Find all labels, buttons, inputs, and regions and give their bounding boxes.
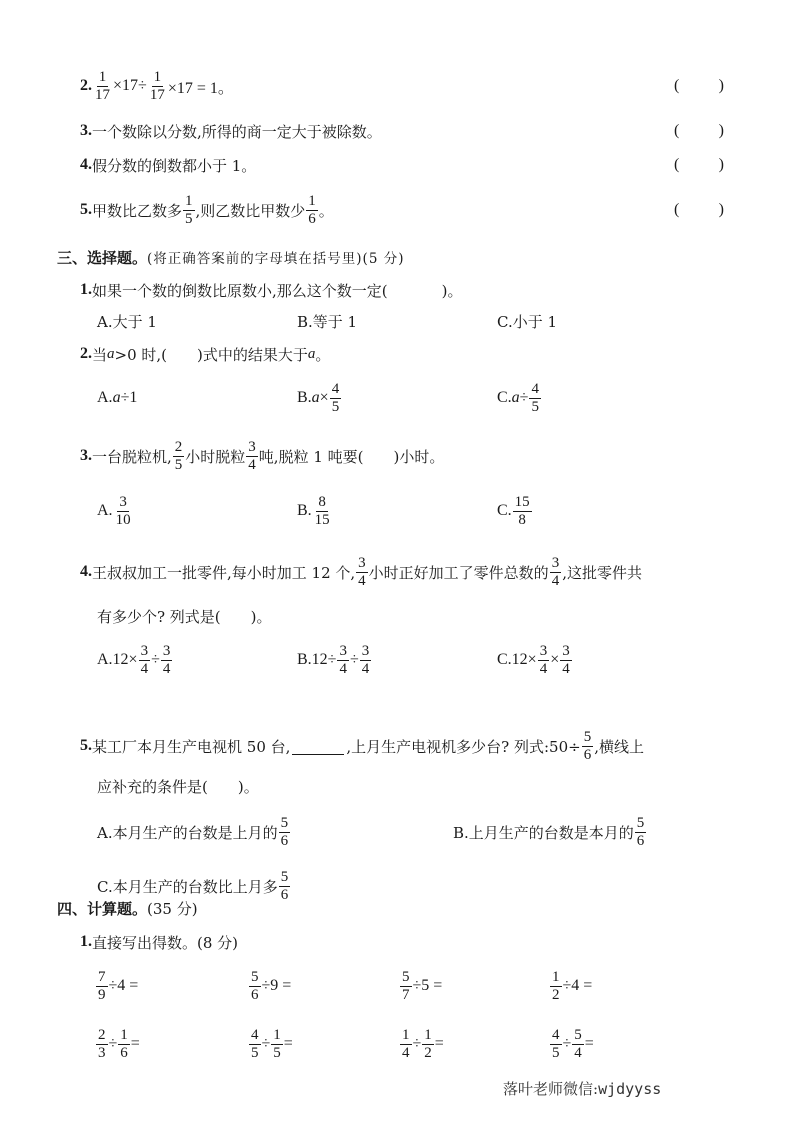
denominator: 6 (582, 747, 594, 764)
calc-problem: 57÷5 = (399, 966, 442, 1006)
fraction: 12 (422, 1027, 434, 1062)
numerator: 5 (572, 1027, 584, 1045)
section-title: 三、选择题。 (57, 247, 147, 268)
item-text: 假分数的倒数都小于 1。 (92, 155, 256, 176)
paren-close: ) (719, 77, 724, 95)
denominator: 17 (93, 87, 112, 104)
fraction: 56 (249, 969, 261, 1004)
item-text: 甲数比乙数多 (92, 200, 182, 221)
calc-problem: 23÷16= (95, 1024, 140, 1064)
fraction: 16 (306, 193, 318, 228)
paren-open: ( (674, 77, 679, 95)
judgment-item-4: 4. 假分数的倒数都小于 1。 (80, 145, 256, 185)
option-c: C.小于 1 (497, 301, 557, 341)
item-text: 王叔叔加工一批零件,每小时加工 12 个, (92, 562, 355, 583)
calc-problem: 14÷12= (399, 1024, 444, 1064)
item-number: 1. (80, 281, 92, 299)
numerator: 1 (183, 193, 195, 211)
numerator: 3 (550, 555, 562, 573)
item-text: >0 时,( (115, 344, 168, 365)
option-c: C.12× 34 × 34 (497, 640, 573, 680)
denominator: 6 (118, 1045, 130, 1062)
denominator: 9 (96, 987, 108, 1004)
fraction: 34 (560, 643, 572, 678)
option-label: B. (297, 389, 312, 407)
numerator: 3 (337, 643, 349, 661)
denominator: 5 (529, 399, 541, 416)
item-number: 3. (80, 447, 92, 465)
item-text: 小时正好加工了零件总数的 (369, 562, 549, 583)
fraction: 54 (572, 1027, 584, 1062)
numerator: 2 (96, 1027, 108, 1045)
paren-open: ( (674, 156, 679, 174)
variable: a (512, 389, 520, 407)
denominator: 5 (249, 1045, 261, 1062)
option-label: A.12× (97, 651, 138, 669)
option-c: C.a÷ 45 (497, 378, 542, 418)
numerator: 3 (560, 643, 572, 661)
fraction: 158 (513, 494, 532, 529)
denominator: 6 (635, 833, 647, 850)
denominator: 4 (337, 661, 349, 678)
fraction: 56 (582, 729, 594, 764)
option-label: C. (497, 502, 512, 520)
numerator: 7 (96, 969, 108, 987)
fraction: 45 (249, 1027, 261, 1062)
item-number: 5. (80, 737, 92, 755)
numerator: 8 (316, 494, 328, 512)
numerator: 5 (279, 869, 291, 887)
option-label: A. (97, 389, 113, 407)
item-text: 当 (92, 344, 107, 365)
numerator: 2 (173, 439, 185, 457)
denominator: 10 (114, 512, 133, 529)
item-text: 一台脱粒机, (92, 446, 172, 467)
footer-id: wjdyyss (598, 1080, 661, 1098)
denominator: 6 (279, 833, 291, 850)
operator: = (284, 1035, 293, 1053)
choice-q4-line2: 有多少个? 列式是()。 (97, 596, 272, 636)
numerator: 3 (538, 643, 550, 661)
operator: ÷ (350, 651, 359, 669)
option-label: C.12× (497, 651, 537, 669)
option-b: B.上月生产的台数是本月的 56 (453, 812, 647, 852)
operator: ÷ (262, 1035, 271, 1053)
denominator: 5 (271, 1045, 283, 1062)
expression: ÷5 = (413, 977, 443, 995)
option-text: B.等于 1 (297, 311, 357, 332)
item-text: )。 (442, 280, 463, 301)
numerator: 5 (249, 969, 261, 987)
variable: a (308, 346, 316, 363)
paren-close: ) (719, 122, 724, 140)
option-a: A.a÷1 (97, 378, 137, 418)
fraction: 79 (96, 969, 108, 1004)
numerator: 1 (97, 69, 109, 87)
section-title: 四、计算题。 (57, 898, 147, 919)
answer-paren[interactable]: () (674, 190, 724, 230)
numerator: 1 (550, 969, 562, 987)
denominator: 4 (356, 573, 368, 590)
numerator: 4 (550, 1027, 562, 1045)
fraction: 56 (279, 815, 291, 850)
variable: a (312, 389, 320, 407)
expression: ÷4 = (563, 977, 593, 995)
option-a: A.本月生产的台数是上月的 56 (97, 812, 291, 852)
denominator: 4 (400, 1045, 412, 1062)
option-text: A.大于 1 (97, 311, 157, 332)
operator: × (550, 651, 559, 669)
denominator: 8 (516, 512, 528, 529)
fraction: 57 (400, 969, 412, 1004)
fraction: 15 (271, 1027, 283, 1062)
denominator: 5 (183, 211, 195, 228)
fraction: 34 (360, 643, 372, 678)
item-text: 。 (319, 200, 334, 221)
numerator: 4 (330, 381, 342, 399)
answer-paren[interactable]: () (674, 66, 724, 106)
numerator: 3 (360, 643, 372, 661)
denominator: 7 (400, 987, 412, 1004)
option-a: A.12× 34 ÷ 34 (97, 640, 173, 680)
denominator: 2 (550, 987, 562, 1004)
option-c: C. 158 (497, 491, 533, 531)
fraction: 117 (93, 69, 112, 104)
fraction: 34 (246, 439, 258, 474)
numerator: 3 (139, 643, 151, 661)
item-number: 1. (80, 933, 92, 951)
fraction: 25 (173, 439, 185, 474)
denominator: 2 (422, 1045, 434, 1062)
item-number: 2. (80, 77, 92, 95)
calc-problem: 45÷15= (248, 1024, 293, 1064)
item-number: 3. (80, 122, 92, 140)
calc-problem: 45÷54= (549, 1024, 594, 1064)
fraction: 310 (114, 494, 133, 529)
numerator: 5 (279, 815, 291, 833)
fraction: 15 (183, 193, 195, 228)
option-text: B.上月生产的台数是本月的 (453, 822, 634, 843)
numerator: 3 (356, 555, 368, 573)
denominator: 6 (279, 887, 291, 904)
fraction: 815 (313, 494, 332, 529)
item-text: ,这批零件共 (562, 562, 642, 583)
fraction: 56 (635, 815, 647, 850)
denominator: 6 (306, 211, 318, 228)
item-text: )。 (251, 606, 272, 627)
item-text: )式中的结果大于 (197, 344, 308, 365)
option-a: A. 310 (97, 491, 134, 531)
numerator: 3 (161, 643, 173, 661)
fraction: 34 (550, 555, 562, 590)
numerator: 1 (400, 1027, 412, 1045)
denominator: 15 (313, 512, 332, 529)
denominator: 4 (550, 573, 562, 590)
denominator: 4 (161, 661, 173, 678)
fraction: 16 (118, 1027, 130, 1062)
choice-q3: 3. 一台脱粒机, 25 小时脱粒 34 吨,脱粒 1 吨要()小时。 (80, 436, 444, 476)
operator: = (435, 1035, 444, 1053)
calc-sub1: 1. 直接写出得数。(8 分) (80, 922, 238, 962)
option-label: C. (497, 389, 512, 407)
numerator: 1 (118, 1027, 130, 1045)
denominator: 5 (550, 1045, 562, 1062)
expression: ÷4 = (109, 977, 139, 995)
denominator: 3 (96, 1045, 108, 1062)
item-text: 直接写出得数。(8 分) (92, 932, 238, 953)
fraction: 23 (96, 1027, 108, 1062)
fill-in-blank-line[interactable] (292, 738, 344, 755)
footer-watermark: 落叶老师微信:wjdyyss (503, 1078, 661, 1099)
denominator: 4 (560, 661, 572, 678)
item-text: 小时脱粒 (185, 446, 245, 467)
option-label: B. (297, 502, 312, 520)
item-number: 2. (80, 345, 92, 363)
item-number: 5. (80, 201, 92, 219)
denominator: 4 (139, 661, 151, 678)
item-text: 吨,脱粒 1 吨要( (259, 446, 364, 467)
paren-open: ( (674, 122, 679, 140)
operator: × (320, 389, 329, 407)
item-text: 如果一个数的倒数比原数小,那么这个数一定( (92, 280, 388, 301)
numerator: 5 (582, 729, 594, 747)
judgment-item-2: 2. 117 ×17÷ 117 ×17 = 1。 (80, 66, 234, 106)
option-label: A. (97, 502, 113, 520)
item-text: ,横线上 (594, 736, 644, 757)
calc-problem: 12÷4 = (549, 966, 592, 1006)
option-b: B.12÷ 34 ÷ 34 (297, 640, 372, 680)
choice-q2: 2. 当 a >0 时,()式中的结果大于 a。 (80, 334, 330, 374)
item-text: 一个数除以分数,所得的商一定大于被除数。 (92, 121, 382, 142)
numerator: 1 (306, 193, 318, 211)
numerator: 1 (152, 69, 164, 87)
operator: ÷ (563, 1035, 572, 1053)
numerator: 3 (117, 494, 129, 512)
paren-close: ) (719, 201, 724, 219)
denominator: 4 (538, 661, 550, 678)
calc-problem: 56÷9 = (248, 966, 291, 1006)
item-text: 某工厂本月生产电视机 50 台, (92, 736, 290, 757)
fraction: 34 (161, 643, 173, 678)
item-text: 应补充的条件是( (97, 776, 208, 797)
judgment-item-5: 5. 甲数比乙数多 15 ,则乙数比甲数少 16 。 (80, 190, 334, 230)
operator: = (131, 1035, 140, 1053)
choice-q5-line2: 应补充的条件是()。 (97, 766, 259, 806)
item-text: )小时。 (394, 446, 445, 467)
fraction: 34 (538, 643, 550, 678)
fraction: 45 (529, 381, 541, 416)
fraction: 34 (337, 643, 349, 678)
fraction: 34 (139, 643, 151, 678)
calc-problem: 79÷4 = (95, 966, 138, 1006)
numerator: 4 (529, 381, 541, 399)
item-number: 4. (80, 563, 92, 581)
choice-q4: 4. 王叔叔加工一批零件,每小时加工 12 个, 34 小时正好加工了零件总数的… (80, 552, 642, 592)
numerator: 5 (400, 969, 412, 987)
denominator: 5 (173, 457, 185, 474)
numerator: 3 (246, 439, 258, 457)
option-text: C.小于 1 (497, 311, 557, 332)
numerator: 1 (422, 1027, 434, 1045)
numerator: 1 (271, 1027, 283, 1045)
answer-paren[interactable]: () (674, 145, 724, 185)
operator: ÷ (413, 1035, 422, 1053)
fraction: 34 (356, 555, 368, 590)
fraction: 45 (330, 381, 342, 416)
section-note: (将正确答案前的字母填在括号里)(5 分) (147, 247, 404, 267)
variable: a (107, 346, 115, 363)
denominator: 4 (246, 457, 258, 474)
expression: ×17÷ (113, 77, 147, 95)
paren-close: ) (719, 156, 724, 174)
expression: ÷1 (121, 389, 138, 407)
operator: ÷ (520, 389, 529, 407)
fraction: 12 (550, 969, 562, 1004)
denominator: 5 (330, 399, 342, 416)
item-text: ,则乙数比甲数少 (196, 200, 306, 221)
option-text: A.本月生产的台数是上月的 (97, 822, 278, 843)
operator: = (585, 1035, 594, 1053)
option-b: B. 815 (297, 491, 333, 531)
numerator: 4 (249, 1027, 261, 1045)
fraction: 117 (148, 69, 167, 104)
option-label: B.12÷ (297, 651, 336, 669)
item-text: )。 (238, 776, 259, 797)
fraction: 14 (400, 1027, 412, 1062)
footer-label: 落叶老师微信: (503, 1080, 598, 1098)
expression: ÷9 = (262, 977, 292, 995)
item-text: 有多少个? 列式是( (97, 606, 221, 627)
operator: ÷ (109, 1035, 118, 1053)
numerator: 5 (635, 815, 647, 833)
fraction: 45 (550, 1027, 562, 1062)
paren-open: ( (674, 201, 679, 219)
denominator: 6 (249, 987, 261, 1004)
item-text: 。 (315, 344, 330, 365)
item-number: 4. (80, 156, 92, 174)
denominator: 4 (572, 1045, 584, 1062)
fraction: 56 (279, 869, 291, 904)
choice-q5: 5. 某工厂本月生产电视机 50 台, ,上月生产电视机多少台? 列式:50÷ … (80, 726, 644, 766)
expression: ×17 = 1。 (168, 75, 234, 98)
numerator: 15 (513, 494, 532, 512)
denominator: 17 (148, 87, 167, 104)
section-score: (35 分) (147, 898, 198, 919)
option-b: B.a× 45 (297, 378, 342, 418)
denominator: 4 (360, 661, 372, 678)
item-text: ,上月生产电视机多少台? 列式:50÷ (346, 736, 580, 757)
operator: ÷ (151, 651, 160, 669)
variable: a (113, 389, 121, 407)
